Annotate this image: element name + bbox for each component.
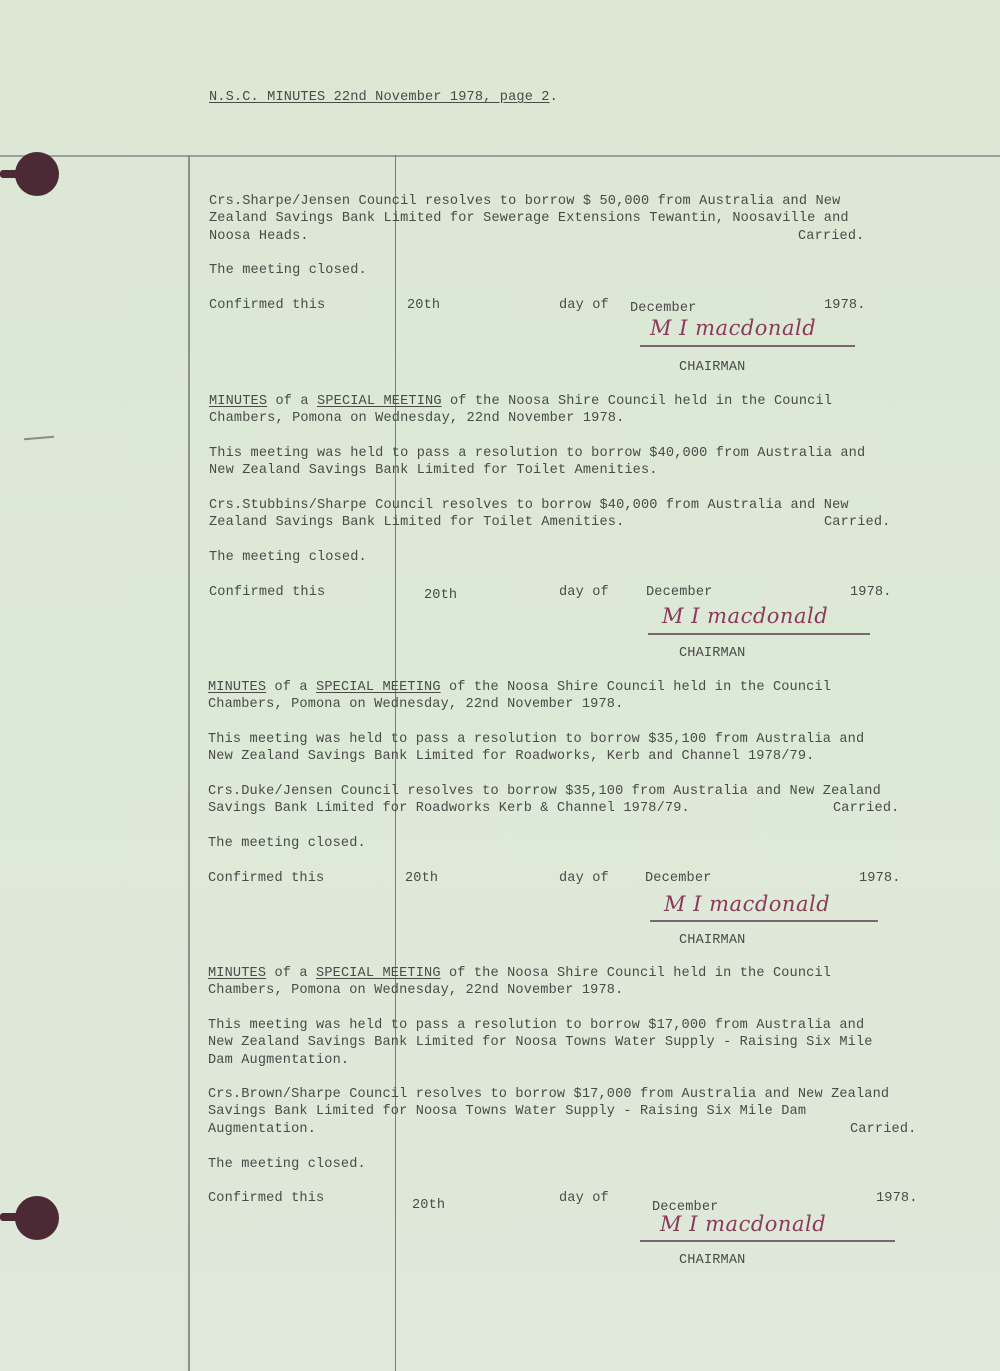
document-page: N.S.C. MINUTES 22nd November 1978, page …: [0, 0, 1000, 1371]
resolution-line: Crs.Sharpe/Jensen Council resolves to bo…: [209, 193, 840, 210]
confirmed-month: December: [630, 300, 696, 317]
confirmed-month: December: [645, 870, 711, 887]
chairman-signature: M I macdonald: [650, 316, 816, 340]
confirmed-day: 20th: [424, 587, 457, 604]
meeting-closed: The meeting closed.: [208, 1156, 366, 1173]
confirmed-day: 20th: [405, 870, 438, 887]
minutes-heading: MINUTES of a SPECIAL MEETING of the Noos…: [209, 393, 832, 410]
chairman-label: CHAIRMAN: [679, 932, 745, 949]
punch-hole-bottom: [15, 1196, 59, 1240]
punch-hole-top: [15, 152, 59, 196]
carried-label: Carried.: [798, 228, 864, 245]
day-of-label: day of: [559, 870, 609, 887]
confirmed-label: Confirmed this: [209, 297, 325, 314]
minutes-heading: MINUTES of a SPECIAL MEETING of the Noos…: [208, 965, 831, 982]
signature-line: [640, 1240, 895, 1242]
stray-mark: [24, 436, 54, 441]
chairman-label: CHAIRMAN: [679, 1252, 745, 1269]
confirmed-day: 20th: [407, 297, 440, 314]
purpose-line: New Zealand Savings Bank Limited for Noo…: [208, 1034, 873, 1051]
purpose-line: This meeting was held to pass a resoluti…: [209, 445, 865, 462]
purpose-line: This meeting was held to pass a resoluti…: [208, 1017, 864, 1034]
margin-line: [188, 155, 190, 1371]
confirmed-year: 1978.: [876, 1190, 918, 1207]
confirmed-label: Confirmed this: [209, 584, 325, 601]
page-header: N.S.C. MINUTES 22nd November 1978, page …: [209, 89, 558, 106]
minutes-heading-line2: Chambers, Pomona on Wednesday, 22nd Nove…: [209, 410, 624, 427]
carried-label: Carried.: [850, 1121, 916, 1138]
chairman-signature: M I macdonald: [660, 1212, 826, 1236]
signature-line: [650, 920, 878, 922]
resolution-line: Crs.Duke/Jensen Council resolves to borr…: [208, 783, 881, 800]
horizontal-rule: [0, 155, 1000, 157]
day-of-label: day of: [559, 1190, 609, 1207]
confirmed-day: 20th: [412, 1197, 445, 1214]
day-of-label: day of: [559, 584, 609, 601]
chairman-label: CHAIRMAN: [679, 645, 745, 662]
meeting-closed: The meeting closed.: [208, 835, 366, 852]
signature-line: [648, 633, 870, 635]
confirmed-year: 1978.: [824, 297, 866, 314]
meeting-closed: The meeting closed.: [209, 549, 367, 566]
confirmed-label: Confirmed this: [208, 870, 324, 887]
signature-line: [640, 345, 855, 347]
meeting-closed: The meeting closed.: [209, 262, 367, 279]
purpose-line: New Zealand Savings Bank Limited for Toi…: [209, 462, 658, 479]
confirmed-label: Confirmed this: [208, 1190, 324, 1207]
chairman-signature: M I macdonald: [664, 892, 830, 916]
day-of-label: day of: [559, 297, 609, 314]
chairman-label: CHAIRMAN: [679, 359, 745, 376]
purpose-line: Dam Augmentation.: [208, 1052, 349, 1069]
purpose-line: New Zealand Savings Bank Limited for Roa…: [208, 748, 814, 765]
minutes-heading: MINUTES of a SPECIAL MEETING of the Noos…: [208, 679, 831, 696]
resolution-line: Noosa Heads.: [209, 228, 309, 245]
resolution-line: Savings Bank Limited for Roadworks Kerb …: [208, 800, 690, 817]
confirmed-month: December: [646, 584, 712, 601]
carried-label: Carried.: [833, 800, 899, 817]
carried-label: Carried.: [824, 514, 890, 531]
resolution-line: Augmentation.: [208, 1121, 316, 1138]
confirmed-year: 1978.: [859, 870, 901, 887]
purpose-line: This meeting was held to pass a resoluti…: [208, 731, 864, 748]
resolution-line: Crs.Brown/Sharpe Council resolves to bor…: [208, 1086, 889, 1103]
resolution-line: Zealand Savings Bank Limited for Sewerag…: [209, 210, 849, 227]
resolution-line: Zealand Savings Bank Limited for Toilet …: [209, 514, 624, 531]
resolution-line: Savings Bank Limited for Noosa Towns Wat…: [208, 1103, 806, 1120]
chairman-signature: M I macdonald: [662, 604, 828, 628]
minutes-heading-line2: Chambers, Pomona on Wednesday, 22nd Nove…: [208, 982, 623, 999]
confirmed-year: 1978.: [850, 584, 892, 601]
minutes-heading-line2: Chambers, Pomona on Wednesday, 22nd Nove…: [208, 696, 623, 713]
resolution-line: Crs.Stubbins/Sharpe Council resolves to …: [209, 497, 849, 514]
